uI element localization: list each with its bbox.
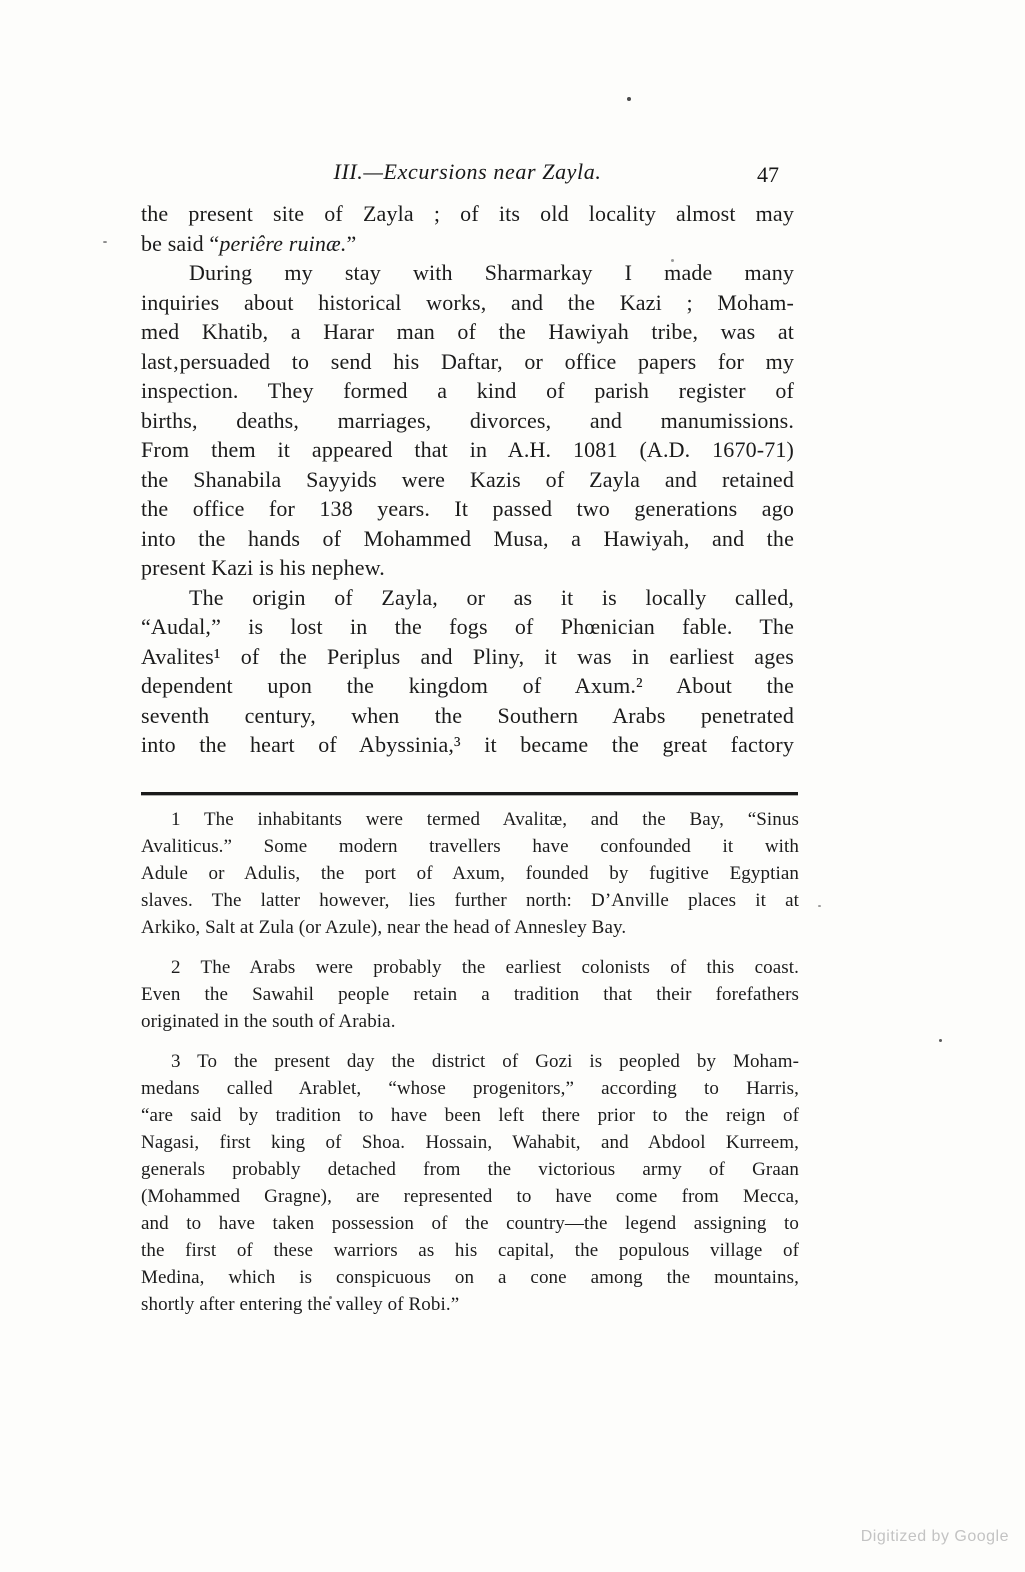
footnote-line: Medina, which is conspicuous on a cone a… [141, 1264, 799, 1291]
digitized-by-google-watermark: Digitized by Google [861, 1528, 1009, 1546]
body-line: inquiries about historical works, and th… [141, 288, 794, 318]
footnote-line: Adule or Adulis, the port of Axum, found… [141, 860, 799, 887]
scan-speck [939, 1039, 942, 1042]
footnote-line: slaves. The latter however, lies further… [141, 887, 799, 914]
body-line: From them it appeared that in A.H. 1081 … [141, 435, 794, 465]
body-line: During my stay with Sharmarkay I made ma… [141, 258, 794, 288]
footnotes: 1 The inhabitants were termed Avalitæ, a… [141, 806, 799, 1331]
body-line: the office for 138 years. It passed two … [141, 494, 794, 524]
latin-phrase: periêre ruinæ. [219, 231, 346, 256]
body-line: into the heart of Abyssinia,³ it became … [141, 730, 794, 760]
page-number: 47 [757, 162, 779, 188]
body-line: seventh century, when the Southern Arabs… [141, 701, 794, 731]
body-line: last‚persuaded to send his Daftar, or of… [141, 347, 794, 377]
footnote-line: shortly after entering the valley of Rob… [141, 1291, 799, 1318]
scan-speck [671, 259, 674, 262]
running-title: III.—Excursions near Zayla. [141, 159, 794, 185]
footnote-1: 1 The inhabitants were termed Avalitæ, a… [141, 806, 799, 941]
body-line-segment: ” [347, 231, 357, 256]
footnote-line: and to have taken possession of the coun… [141, 1210, 799, 1237]
footnote-line: generals probably detached from the vict… [141, 1156, 799, 1183]
body-line-segment: be said “ [141, 231, 219, 256]
body-line: “Audal,” is lost in the fogs of Phœnicia… [141, 612, 794, 642]
footnote-line: 2 The Arabs were probably the earliest c… [141, 954, 799, 981]
body-line: Avalites¹ of the Periplus and Pliny, it … [141, 642, 794, 672]
scan-speck [103, 241, 107, 243]
body-line: med Khatib, a Harar man of the Hawiyah t… [141, 317, 794, 347]
body-line: into the hands of Mohammed Musa, a Hawiy… [141, 524, 794, 554]
footnote-line: Even the Sawahil people retain a traditi… [141, 981, 799, 1008]
scan-speck [627, 97, 631, 101]
footnote-line: Nagasi, first king of Shoa. Hossain, Wah… [141, 1129, 799, 1156]
book-page: III.—Excursions near Zayla. 47 the prese… [0, 0, 1025, 1572]
footnote-line: 1 The inhabitants were termed Avalitæ, a… [141, 806, 799, 833]
scan-speck [329, 1296, 332, 1299]
footnote-3: 3 To the present day the district of Goz… [141, 1048, 799, 1318]
body-line: dependent upon the kingdom of Axum.² Abo… [141, 671, 794, 701]
body-line: births, deaths, marriages, divorces, and… [141, 406, 794, 436]
footnote-line: Arkiko, Salt at Zula (or Azule), near th… [141, 914, 799, 941]
footnote-line: the first of these warriors as his capit… [141, 1237, 799, 1264]
footnote-line: “are said by tradition to have been left… [141, 1102, 799, 1129]
body-text: the present site of Zayla ; of its old l… [141, 199, 794, 760]
footnote-line: 3 To the present day the district of Goz… [141, 1048, 799, 1075]
body-line: the present site of Zayla ; of its old l… [141, 199, 794, 229]
body-line: the Shanabila Sayyids were Kazis of Zayl… [141, 465, 794, 495]
body-line: be said “periêre ruinæ.” [141, 229, 794, 259]
footnote-rule [141, 792, 798, 795]
body-line: inspection. They formed a kind of parish… [141, 376, 794, 406]
body-line: present Kazi is his nephew. [141, 553, 794, 583]
scan-speck [818, 905, 821, 907]
footnote-line: originated in the south of Arabia. [141, 1008, 799, 1035]
body-line: The origin of Zayla, or as it is locally… [141, 583, 794, 613]
footnote-line: (Mohammed Gragne), are represented to ha… [141, 1183, 799, 1210]
footnote-line: Avaliticus.” Some modern travellers have… [141, 833, 799, 860]
footnote-2: 2 The Arabs were probably the earliest c… [141, 954, 799, 1035]
footnote-line: medans called Arablet, “whose progenitor… [141, 1075, 799, 1102]
